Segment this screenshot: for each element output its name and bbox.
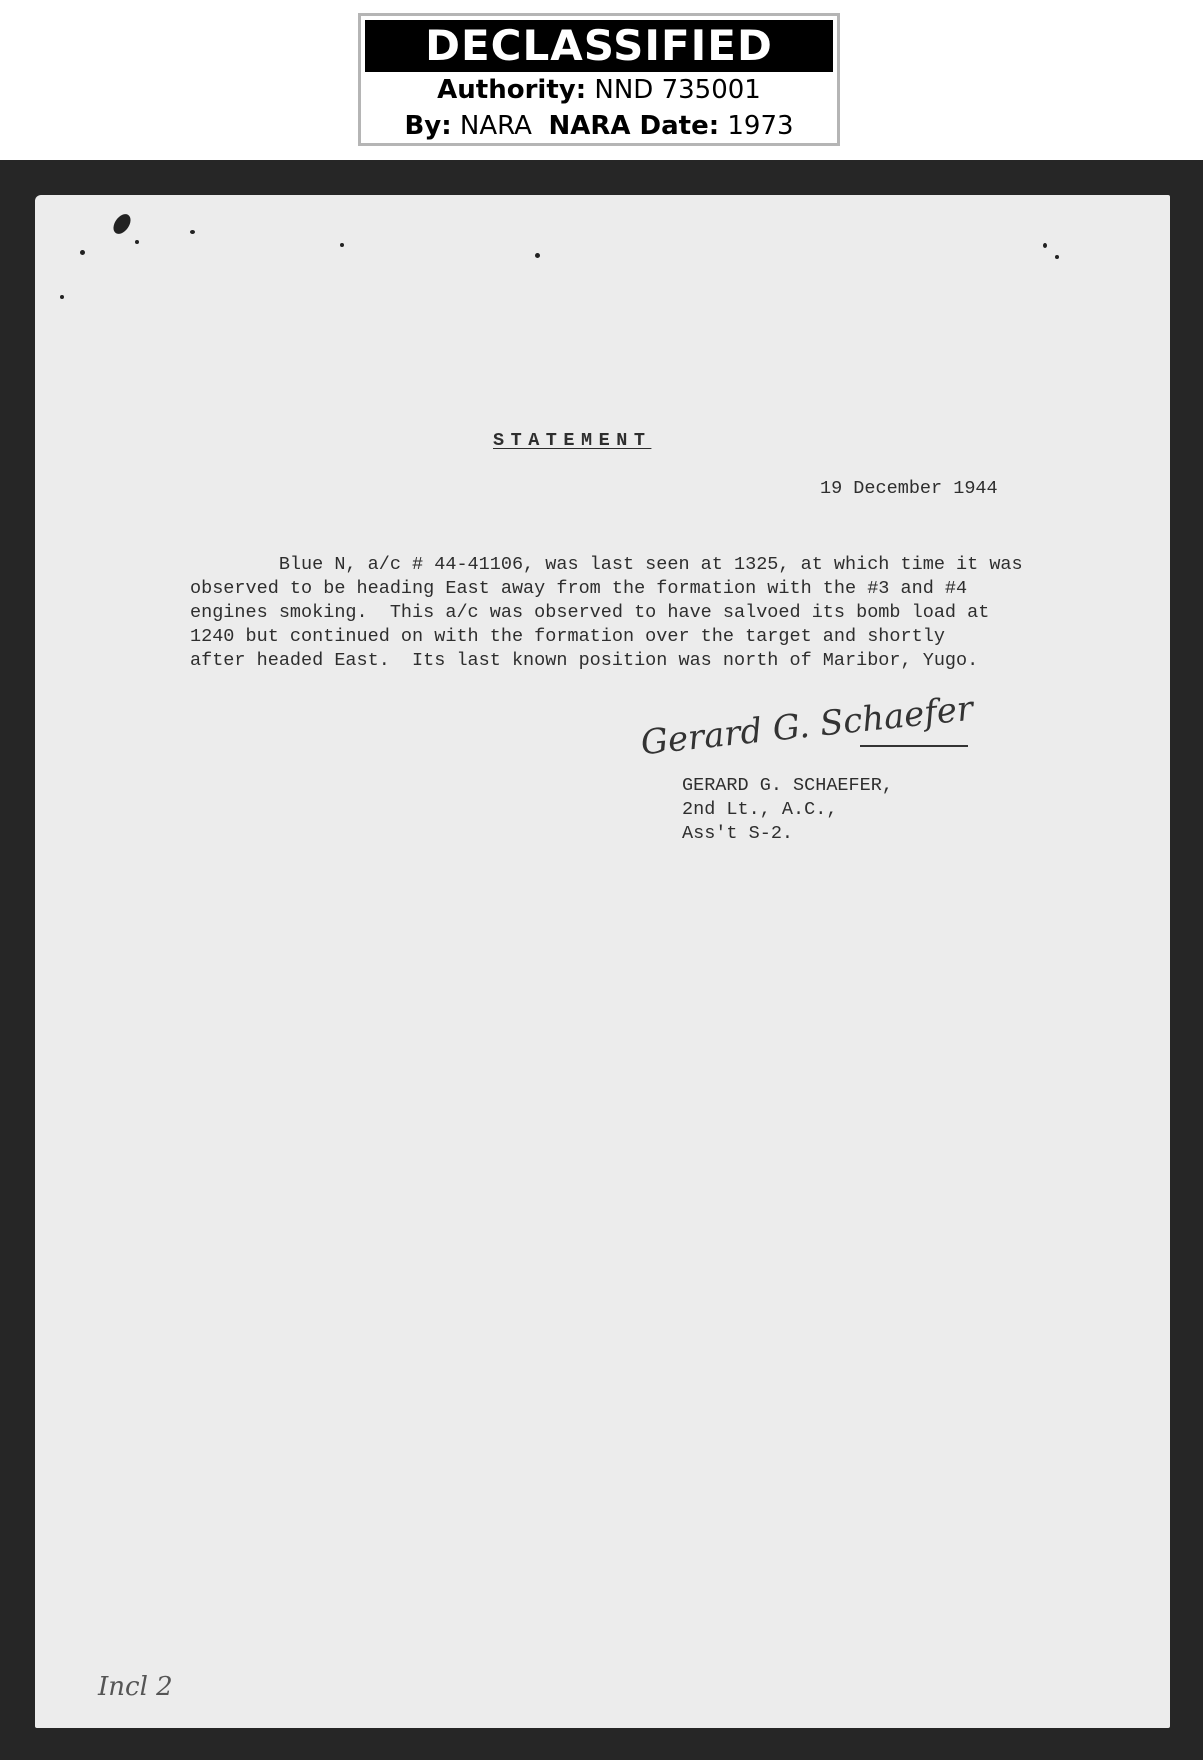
- ink-speck: [1043, 243, 1047, 248]
- stamp-authority: Authority: NND 735001: [361, 72, 837, 108]
- signature-name: GERARD G. SCHAEFER,: [682, 775, 893, 796]
- ink-speck: [60, 295, 64, 299]
- ink-speck: [340, 243, 344, 247]
- stamp-by-date: By: NARA NARA Date: 1973: [361, 108, 837, 144]
- body-line: 1240 but continued on with the formation…: [190, 626, 945, 647]
- document-page: [35, 195, 1170, 1728]
- declassified-stamp: DECLASSIFIED Authority: NND 735001 By: N…: [358, 13, 840, 146]
- nara-date-label: NARA Date:: [548, 111, 719, 141]
- signature-title: Ass't S-2.: [682, 823, 793, 844]
- authority-value: NND 735001: [594, 75, 760, 105]
- ink-speck: [1055, 255, 1059, 259]
- by-value: NARA: [460, 111, 532, 141]
- statement-date: 19 December 1944: [820, 478, 998, 499]
- body-line: engines smoking. This a/c was observed t…: [190, 602, 989, 623]
- body-line: Blue N, a/c # 44-41106, was last seen at…: [190, 554, 1023, 575]
- margin-note: Incl 2: [98, 1672, 173, 1702]
- stamp-title: DECLASSIFIED: [365, 20, 833, 72]
- signature-rank: 2nd Lt., A.C.,: [682, 799, 837, 820]
- ink-speck: [535, 253, 540, 258]
- ink-speck: [110, 211, 134, 237]
- nara-date-value: 1973: [727, 111, 793, 141]
- ink-speck: [80, 250, 85, 255]
- body-line: after headed East. Its last known positi…: [190, 650, 978, 671]
- ink-speck: [190, 230, 195, 234]
- ink-speck: [135, 240, 139, 244]
- signature-underline: [860, 745, 968, 747]
- authority-label: Authority:: [437, 75, 586, 105]
- body-line: observed to be heading East away from th…: [190, 578, 967, 599]
- by-label: By:: [404, 111, 451, 141]
- statement-title: STATEMENT: [493, 430, 651, 451]
